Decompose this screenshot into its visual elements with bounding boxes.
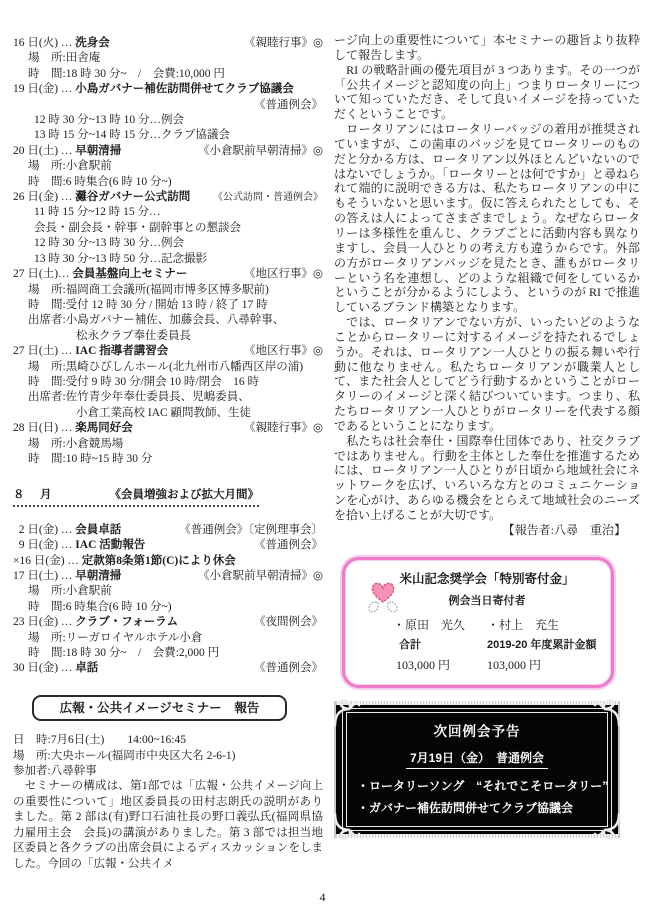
event-detail: 時 間:受付 9 時 30 分/開会 10 時/閉会 16 時	[13, 375, 323, 390]
event-detail: 12 時 30 分~13 時 30 分…例会	[13, 236, 323, 251]
seminar-details-list: 日 時:7月6日(土) 14:00~16:45場 所:大央ホール(福岡市中央区大…	[13, 733, 323, 779]
event-date: 26 日(金) …	[13, 190, 75, 205]
donation-box: 米山記念奨学会「特別寄付金」 例会当日寄付者 ・原田 光久 ・村上 充生 合計 …	[342, 557, 614, 688]
event-detail: 13 時 30 分~13 時 50 分…記念撮影	[13, 252, 323, 267]
event-name: 洗身会	[75, 36, 110, 51]
july-schedule-list: 16 日(火) … 洗身会《親睦行事》◎場 所:田舎庵時 間:18 時 30 分…	[13, 36, 323, 467]
event-name: 会員卓話	[75, 523, 121, 538]
event-name: 灘谷ガバナー公式訪問	[75, 190, 190, 205]
next-meeting-box: 次回例会予告 7月19日（金） 普通例会 ・ロータリーソング “それでこそロータ…	[334, 701, 620, 838]
report-paragraph: 私たちは社会奉仕・国際奉仕団体であり、社交クラブではありません。行動を主体とした…	[334, 434, 640, 523]
event-date: 9 日(金) …	[13, 538, 75, 553]
event-detail: 11 時 15 分~12 時 15 分…	[13, 205, 323, 220]
next-meeting-title: 次回例会予告	[351, 725, 603, 740]
event-category: 《普通例会》	[254, 538, 323, 553]
left-column: 16 日(火) … 洗身会《親睦行事》◎場 所:田舎庵時 間:18 時 30 分…	[13, 36, 323, 883]
reporter-credit: 【報告者:八尋 重治】	[334, 523, 640, 538]
event-detail: 時 間:18 時 30 分~ / 会費:10,000 円	[13, 67, 323, 82]
event-date: 27 日(土)…	[13, 267, 72, 282]
schedule-event-line: 30 日(金) … 卓話《普通例会》	[13, 661, 323, 676]
next-meeting-item: ・ロータリーソング “それでこそロータリー”	[357, 779, 603, 794]
event-name: 早朝清掃	[75, 569, 121, 584]
right-column: ージ向上の重要性について」本セミナーの趣旨より抜粋して報告します。 RI の戦略…	[334, 33, 640, 838]
seminar-body-paragraph: セミナーの構成は、第1部では「広報・公共イメージ向上の重要性について」地区委員長…	[13, 779, 323, 871]
heart-icon	[367, 576, 399, 614]
event-detail: 会長・副会長・幹事・副幹事との懇談会	[13, 221, 323, 236]
event-category: 《地区行事》◎	[244, 267, 323, 282]
event-date: 16 日(火) …	[13, 36, 75, 51]
donation-amounts-row: 103,000 円 103,000 円	[351, 658, 609, 673]
corner-flourish-icon	[331, 698, 361, 728]
event-date: 2 日(金) …	[13, 523, 75, 538]
event-category: 《地区行事》◎	[244, 344, 323, 359]
seminar-report-title: 広報・公共イメージセミナー 報告	[60, 701, 260, 715]
schedule-tag-line: 《普通例会》	[13, 98, 323, 113]
report-paragraphs: ージ向上の重要性について」本セミナーの趣旨より抜粋して報告します。 RI の戦略…	[334, 33, 640, 523]
report-paragraph: RI の戦略計画の優先項目が 3 つあります。その一つが「公共イメージと認知度の…	[334, 63, 640, 122]
event-category: 《小倉駅前早朝清掃》◎	[198, 569, 323, 584]
schedule-event-line: 23 日(金) … クラブ・フォーラム《夜間例会》	[13, 615, 323, 630]
event-name: IAC 指導者講習会	[75, 344, 168, 359]
month-label: ８ 月	[13, 489, 54, 501]
corner-flourish-icon	[331, 811, 361, 841]
event-detail: 12 時 30 分~13 時 10 分…例会	[13, 113, 323, 128]
event-detail: 時 間:6 時集合(6 時 10 分~)	[13, 600, 323, 615]
schedule-event-line: 16 日(火) … 洗身会《親睦行事》◎	[13, 36, 323, 51]
donor-name: ・原田 光久	[393, 618, 487, 633]
newsletter-page: 16 日(火) … 洗身会《親睦行事》◎場 所:田舎庵時 間:18 時 30 分…	[0, 0, 645, 913]
event-date: 30 日(金) …	[13, 661, 75, 676]
event-date: ×16 日(金) …	[13, 554, 82, 569]
event-date: 23 日(金) …	[13, 615, 75, 630]
seminar-detail-line: 場 所:大央ホール(福岡市中央区大名 2-6-1)	[13, 749, 323, 764]
event-date: 17 日(土) …	[13, 569, 75, 584]
event-name: 定款第8条第1節(C)により休会	[82, 554, 236, 569]
schedule-event-line: 9 日(金) … IAC 活動報告《普通例会》	[13, 538, 323, 553]
event-date: 19 日(金) …	[13, 82, 75, 97]
event-detail: 松永クラブ奉仕委員長	[13, 329, 323, 344]
schedule-event-line: 27 日(土) … IAC 指導者講習会《地区行事》◎	[13, 344, 323, 359]
corner-flourish-icon	[593, 698, 623, 728]
event-detail: 場 所:黒崎ひびしんホール(北九州市八幡西区岸の浦)	[13, 360, 323, 375]
donor-name: ・村上 充生	[487, 618, 559, 633]
event-detail: 13 時 15 分~14 時 15 分…クラブ協議会	[13, 128, 323, 143]
schedule-event-line: 19 日(金) … 小島ガバナー補佐訪問併せてクラブ協議会	[13, 82, 323, 97]
event-name: 小島ガバナー補佐訪問併せてクラブ協議会	[75, 82, 294, 97]
event-category: 《普通例会》	[254, 98, 323, 113]
event-name: 会員基盤向上セミナー	[72, 267, 187, 282]
event-detail: 場 所:田舎庵	[13, 51, 323, 66]
event-date: 20 日(土) …	[13, 144, 75, 159]
event-detail: 出席者:佐竹青少年奉仕委員長、児嶋委員、	[13, 390, 323, 405]
event-detail: 時 間:6 時集合(6 時 10 分~)	[13, 175, 323, 190]
schedule-event-line: ×16 日(金) … 定款第8条第1節(C)により休会	[13, 554, 323, 569]
event-name: 早朝清掃	[75, 144, 121, 159]
event-detail: 場 所:リーガロイヤルホテル小倉	[13, 631, 323, 646]
event-category: 《小倉駅前早朝清掃》◎	[198, 144, 323, 159]
seminar-detail-line: 参加者:八尋幹事	[13, 764, 323, 779]
event-name: IAC 活動報告	[75, 538, 145, 553]
seminar-detail-line: 日 時:7月6日(土) 14:00~16:45	[13, 733, 323, 748]
event-detail: 時 間:18 時 30 分~ / 会費:2,000 円	[13, 646, 323, 661]
ytd-label: 2019-20 年度累計金額	[487, 638, 596, 653]
schedule-event-line: 27 日(土)… 会員基盤向上セミナー《地区行事》◎	[13, 267, 323, 282]
august-schedule-list: 2 日(金) … 会員卓話《普通例会》〔定例理事会〕 9 日(金) … IAC …	[13, 523, 323, 677]
event-name: 卓話	[75, 661, 98, 676]
donation-labels-row: 合計 2019-20 年度累計金額	[351, 638, 609, 653]
report-paragraph: では、ロータリアンでない方が、いったいどのようなことからロータリーに対するイメー…	[334, 315, 640, 434]
month-theme: 《会員増強および拡大月間》	[110, 489, 260, 501]
donor-names-row: ・原田 光久 ・村上 充生	[351, 618, 609, 633]
event-detail: 場 所:小倉駅前	[13, 584, 323, 599]
schedule-event-line: 20 日(土) … 早朝清掃《小倉駅前早朝清掃》◎	[13, 144, 323, 159]
page-number: 4	[0, 890, 645, 905]
event-category: 《普通例会》〔定例理事会〕	[179, 523, 323, 538]
schedule-event-line: 17 日(土) … 早朝清掃《小倉駅前早朝清掃》◎	[13, 569, 323, 584]
total-amount: 103,000 円	[396, 658, 487, 673]
event-detail: 場 所:小倉駅前	[13, 159, 323, 174]
report-paragraph: ロータリアンにはロータリーバッジの着用が推奨されていますが、この歯車のバッジを見…	[334, 122, 640, 315]
event-date: 28 日(日) …	[13, 421, 75, 436]
event-detail: 出席者:小島ガバナー補佐、加藤会長、八尋幹事、	[13, 313, 323, 328]
next-meeting-frame: 次回例会予告 7月19日（金） 普通例会 ・ロータリーソング “それでこそロータ…	[342, 708, 612, 831]
event-detail: 小倉工業高校 IAC 顧問教師、生徒	[13, 406, 323, 421]
corner-flourish-icon	[593, 811, 623, 841]
event-detail: 場 所:福岡商工会議所(福岡市博多区博多駅前)	[13, 283, 323, 298]
schedule-event-line: 2 日(金) … 会員卓話《普通例会》〔定例理事会〕	[13, 523, 323, 538]
next-meeting-date-text: 7月19日（金） 普通例会	[406, 751, 548, 769]
next-meeting-items: ・ロータリーソング “それでこそロータリー”・ガバナー補佐訪問併せてクラブ協議会	[351, 779, 603, 817]
schedule-event-line: 28 日(日) … 楽馬同好会《親睦行事》◎	[13, 421, 323, 436]
event-detail: 時 間:10 時~15 時 30 分	[13, 452, 323, 467]
ytd-amount: 103,000 円	[487, 658, 541, 673]
august-month-header: ８ 月《会員増強および拡大月間》	[13, 488, 259, 506]
event-category: 《親睦行事》◎	[244, 36, 323, 51]
event-detail: 場 所:小倉競馬場	[13, 437, 323, 452]
event-category: 《普通例会》	[254, 661, 323, 676]
next-meeting-item: ・ガバナー補佐訪問併せてクラブ協議会	[357, 801, 603, 816]
seminar-report-heading: 広報・公共イメージセミナー 報告	[32, 695, 287, 721]
event-name: 楽馬同好会	[75, 421, 133, 436]
schedule-event-line: 26 日(金) … 灘谷ガバナー公式訪問《公式訪問・普通例会》	[13, 190, 323, 205]
event-date: 27 日(土) …	[13, 344, 75, 359]
event-detail: 時 間:受付 12 時 30 分 / 開始 13 時 / 終了 17 時	[13, 298, 323, 313]
next-meeting-date: 7月19日（金） 普通例会	[351, 751, 603, 769]
event-category: 《親睦行事》◎	[244, 421, 323, 436]
event-category: 《夜間例会》	[254, 615, 323, 630]
report-paragraph: ージ向上の重要性について」本セミナーの趣旨より抜粋して報告します。	[334, 33, 640, 63]
event-category: 《公式訪問・普通例会》	[213, 190, 323, 205]
event-name: クラブ・フォーラム	[75, 615, 178, 630]
total-label: 合計	[399, 638, 487, 653]
